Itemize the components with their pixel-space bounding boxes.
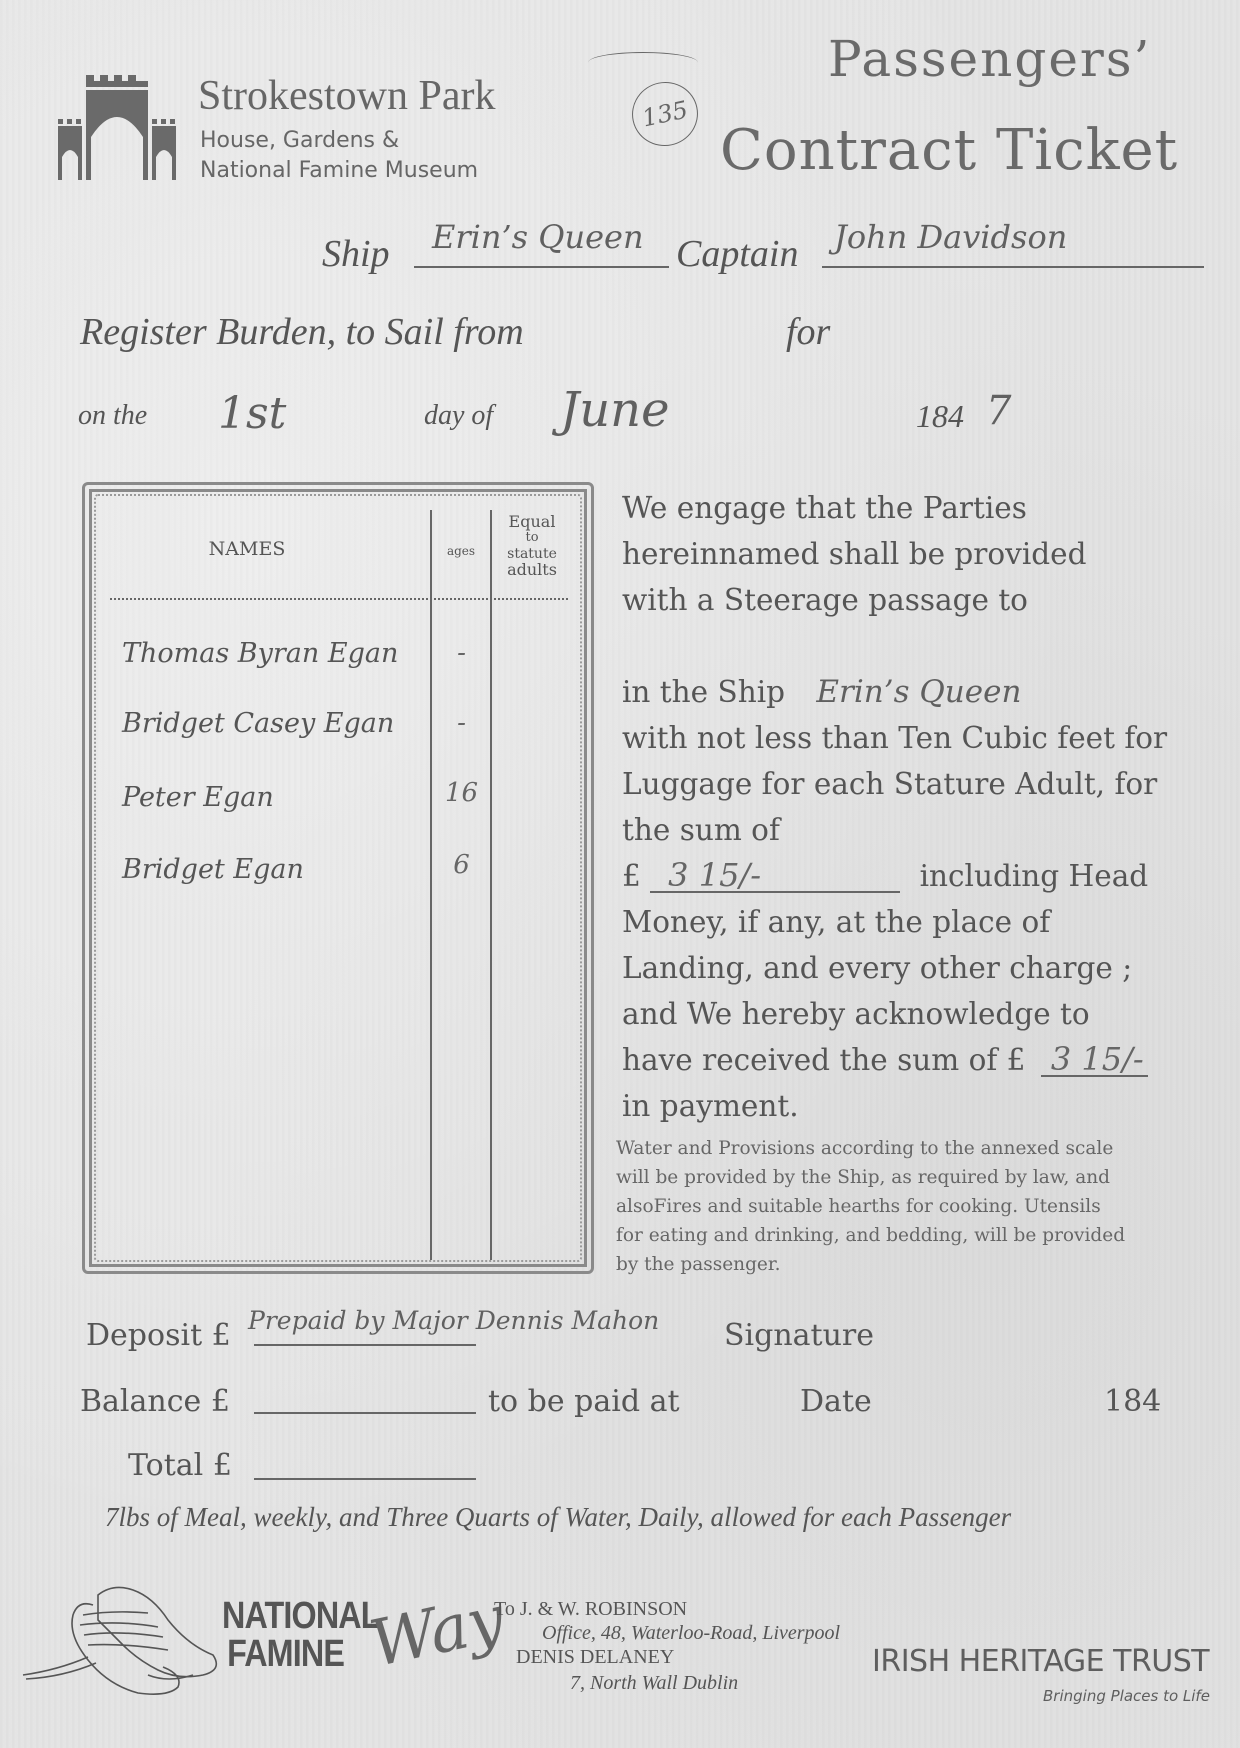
- ticket-number: 135: [626, 76, 704, 152]
- equal-header-line1: Equal: [492, 514, 572, 530]
- contract-line: with a Steerage passage to: [622, 577, 1222, 623]
- equal-header-line4: adults: [492, 562, 572, 578]
- balance-field[interactable]: [254, 1374, 476, 1414]
- provisions-notes: Water and Provisions according to the an…: [616, 1134, 1216, 1279]
- notes-line: Water and Provisions according to the an…: [616, 1134, 1216, 1163]
- brand-title: Strokestown Park: [198, 72, 496, 120]
- header-separator: [110, 598, 568, 600]
- contract-received-line: have received the sum of £ 3 15/-: [622, 1037, 1222, 1083]
- contract-line: Money, if any, at the place of: [622, 899, 1222, 945]
- shoes-icon: [18, 1575, 218, 1700]
- brand-subtitle-line2: National Famine Museum: [200, 158, 478, 183]
- passenger-name: Bridget Egan: [122, 854, 304, 885]
- date-label: Date: [800, 1384, 872, 1419]
- total-field[interactable]: [254, 1440, 476, 1480]
- contract-ship-value[interactable]: Erin’s Queen: [816, 674, 1021, 710]
- on-the-label: on the: [78, 400, 147, 432]
- contract-line: with not less than Ten Cubic feet for: [622, 715, 1222, 761]
- deposit-label: Deposit £: [86, 1318, 231, 1353]
- year-suffix[interactable]: 7: [986, 388, 1011, 434]
- received-label: have received the sum of £: [622, 1043, 1025, 1077]
- agent-line4: 7, North Wall Dublin: [570, 1672, 738, 1695]
- equal-column-divider: [490, 510, 492, 1260]
- day-of-label: day of: [424, 400, 493, 432]
- deposit-value: Prepaid by Major Dennis Mahon: [248, 1306, 659, 1335]
- title-line2: Contract Ticket: [720, 118, 1178, 183]
- month-value[interactable]: June: [560, 382, 669, 438]
- ticket-number-flourish: [588, 52, 698, 73]
- date-year-prefix: 184: [1104, 1384, 1161, 1419]
- balance-label: Balance £: [80, 1384, 230, 1419]
- title-line1: Passengers’: [828, 30, 1151, 88]
- captain-value: John Davidson: [822, 218, 1067, 256]
- day-value[interactable]: 1st: [218, 388, 286, 439]
- nfw-line2: FAMINE: [222, 1635, 380, 1673]
- sum-value[interactable]: 3 15/-: [650, 859, 900, 893]
- contract-line: We engage that the Parties: [622, 485, 1222, 531]
- equal-statute-adults-header: Equal to statute adults: [492, 514, 572, 578]
- ship-value: Erin’s Queen: [414, 218, 644, 256]
- contract-sum-line: £ 3 15/- including Head: [622, 853, 1222, 899]
- notes-line: for eating and drinking, and bedding, wi…: [616, 1221, 1216, 1250]
- passenger-name: Peter Egan: [122, 782, 274, 813]
- to-be-paid-at-label: to be paid at: [488, 1384, 680, 1419]
- passenger-age: -: [434, 708, 489, 738]
- register-burden-label: Register Burden, to Sail from: [80, 310, 524, 354]
- ship-field[interactable]: Erin’s Queen: [414, 218, 669, 268]
- including-head-label: including Head: [920, 859, 1149, 893]
- castle-gate-icon: [58, 75, 178, 180]
- equal-header-line2: to: [492, 530, 572, 546]
- for-label: for: [786, 310, 830, 354]
- contract-line: Landing, and every other charge ;: [622, 945, 1222, 991]
- passenger-age: 6: [434, 850, 489, 880]
- provisions-allowance-footnote: 7lbs of Meal, weekly, and Three Quarts o…: [105, 1502, 1011, 1533]
- year-prefix: 184: [916, 398, 964, 435]
- irish-heritage-trust-logo: IRISH HERITAGE TRUST: [872, 1644, 1209, 1679]
- agent-line1: To J. & W. ROBINSON: [494, 1598, 687, 1621]
- notes-line: by the passenger.: [616, 1250, 1216, 1279]
- brand-subtitle-line1: House, Gardens &: [200, 128, 399, 153]
- contract-ship-line: in the Ship Erin’s Queen: [622, 669, 1222, 715]
- contract-line: in payment.: [622, 1083, 1222, 1129]
- national-famine-way-logo: NATIONAL FAMINE: [222, 1597, 380, 1673]
- total-label: Total £: [128, 1448, 232, 1483]
- contract-line: Luggage for each Stature Adult, for: [622, 761, 1222, 807]
- contract-line: the sum of: [622, 807, 1222, 853]
- contract-line: and We hereby acknowledge to: [622, 991, 1222, 1037]
- ship-label: Ship: [322, 232, 390, 276]
- nfw-line1: NATIONAL: [222, 1597, 380, 1635]
- passenger-age: -: [434, 638, 489, 668]
- passenger-name: Thomas Byran Egan: [122, 638, 398, 669]
- in-the-ship-label: in the Ship: [622, 675, 785, 709]
- received-value[interactable]: 3 15/-: [1041, 1043, 1148, 1077]
- notes-line: alsoFires and suitable hearths for cooki…: [616, 1192, 1216, 1221]
- names-column-header: NAMES: [172, 538, 322, 560]
- passenger-name: Bridget Casey Egan: [122, 708, 394, 739]
- captain-label: Captain: [676, 232, 798, 276]
- destination-blank[interactable]: [622, 623, 1222, 669]
- passenger-age: 16: [434, 778, 489, 808]
- captain-field[interactable]: John Davidson: [822, 218, 1204, 268]
- contract-line: hereinnamed shall be provided: [622, 531, 1222, 577]
- notes-line: will be provided by the Ship, as require…: [616, 1163, 1216, 1192]
- signature-label: Signature: [724, 1318, 874, 1353]
- agent-line2: Office, 48, Waterloo-Road, Liverpool: [542, 1622, 840, 1645]
- nfw-script: Way: [364, 1582, 511, 1682]
- pound-sign: £: [622, 859, 641, 893]
- trust-tagline: Bringing Places to Life: [1043, 1687, 1210, 1705]
- contract-text: We engage that the Parties hereinnamed s…: [622, 485, 1222, 1129]
- agent-line3: DENIS DELANEY: [516, 1646, 674, 1669]
- ages-column-header: ages: [432, 544, 490, 558]
- ages-column-divider: [430, 510, 432, 1260]
- passenger-table: NAMES ages Equal to statute adults Thoma…: [82, 482, 594, 1274]
